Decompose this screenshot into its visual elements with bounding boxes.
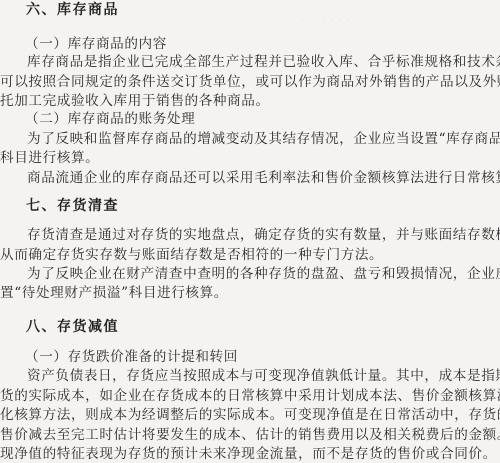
- subsection-title-6-1: （一）库存商品的内容: [0, 36, 500, 52]
- section-heading-8: 八、存货减值: [26, 319, 119, 335]
- paragraph-line: 化核算方法，则成本为经调整后的实际成本。可变现净值是在日常活动中，存货的估计: [0, 407, 500, 423]
- subsection-title-8-1: （一）存货跌价准备的计提和转回: [0, 349, 500, 365]
- paragraph-line: 售价减去至完工时估计将要发生的成本、估计的销售费用以及相关税费后的金额。可变: [0, 427, 500, 443]
- paragraph-line: 库存商品是指企业已完成全部生产过程并已验收入库、合乎标准规格和技术条件，: [0, 54, 500, 70]
- paragraph-line: 货的实际成本，如企业在存货成本的日常核算中采用计划成本法、售价金额核算法等简: [0, 388, 500, 404]
- paragraph-line: 资产负债表日，存货应当按照成本与可变现净值孰低计量。其中，成本是指期末存: [0, 368, 500, 384]
- section-heading-7: 七、存货清查: [26, 198, 119, 214]
- paragraph-line: 科目进行核算。: [0, 150, 500, 166]
- paragraph-line: 商品流通企业的库存商品还可以采用毛利率法和售价金额核算法进行日常核算。: [0, 170, 500, 186]
- scanned-document-page: · · · · · · · 六、库存商品 （一）库存商品的内容 库存商品是指企业…: [0, 0, 500, 463]
- paragraph-line: 为了反映和监督库存商品的增减变动及其结存情况，企业应当设置“库存商品”: [0, 131, 500, 147]
- paragraph-line: 现净值的特征表现为存货的预计未来净现金流量，而不是存货的售价或合同价。: [0, 446, 500, 462]
- paragraph-line: 置“待处理财产损溢”科目进行核算。: [0, 285, 500, 301]
- paragraph-line: 可以按照合同规定的条件送交订货单位，或可以作为商品对外销售的产品以及外购或委: [0, 74, 500, 90]
- paragraph-line: 从而确定存货实存数与账面结存数是否相符的一种专门方法。: [0, 247, 500, 263]
- paragraph-line: 为了反映企业在财产清查中查明的各种存货的盘盈、盘亏和毁损情况，企业应当设: [0, 266, 500, 282]
- section-heading-6: 六、库存商品: [26, 2, 119, 18]
- subsection-title-6-2: （二）库存商品的账务处理: [0, 111, 500, 127]
- paragraph-line: 存货清查是通过对存货的实地盘点，确定存货的实有数量，并与账面结存数核对，: [0, 227, 500, 243]
- show-through-text: · · · · · · ·: [300, 14, 350, 28]
- paragraph-line: 托加工完成验收入库用于销售的各种商品。: [0, 93, 500, 109]
